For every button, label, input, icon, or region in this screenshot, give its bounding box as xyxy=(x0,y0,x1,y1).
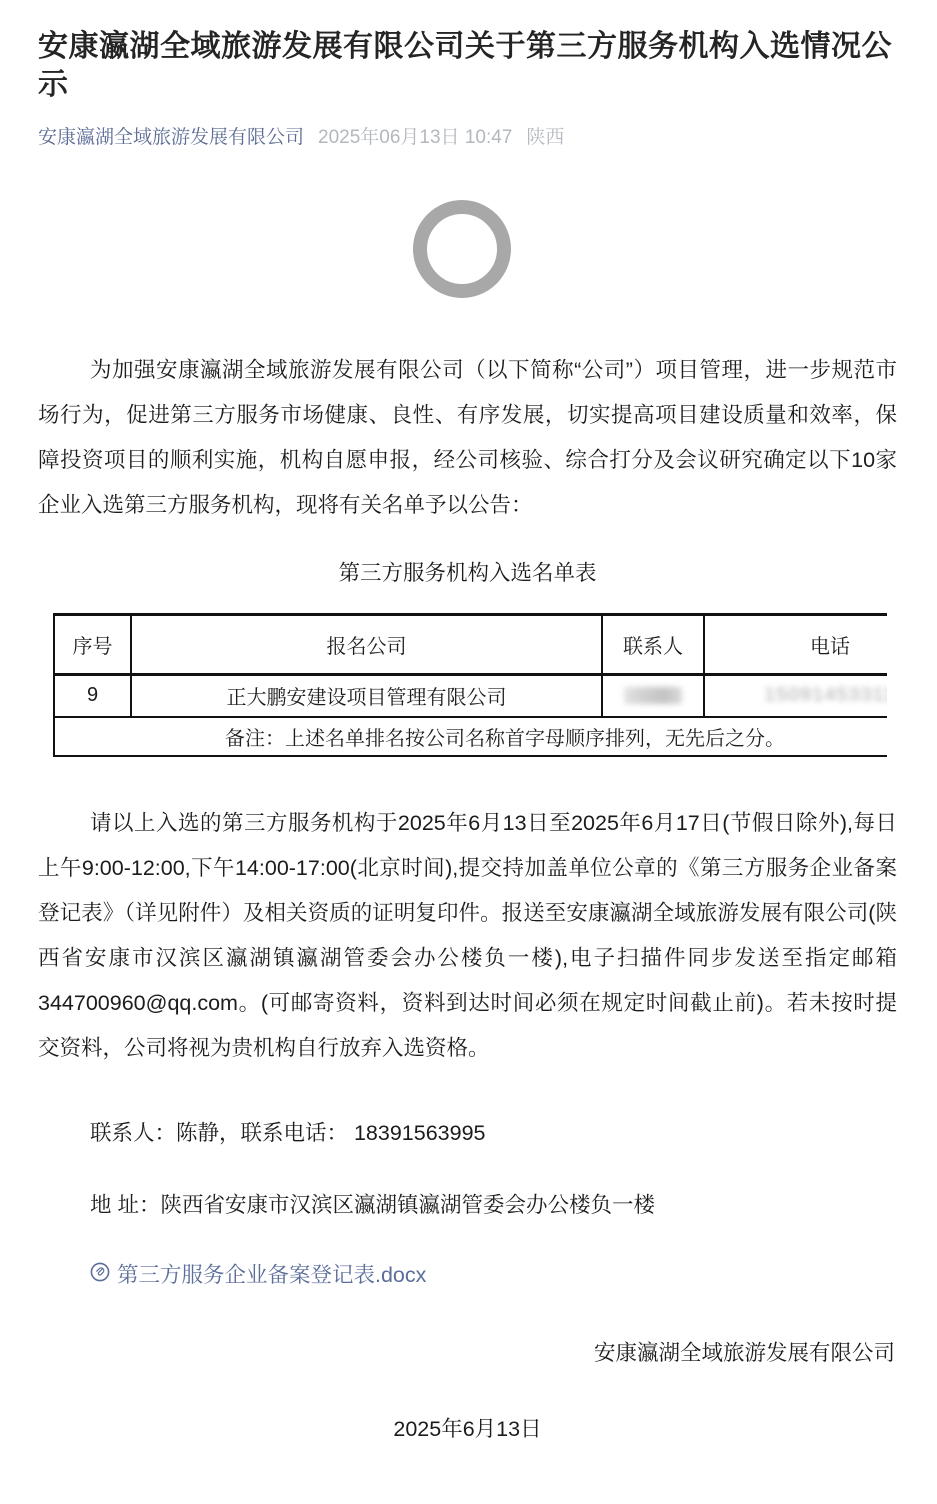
header-cell-contact: 联系人 xyxy=(602,615,704,675)
cell-company: 正大鹏安建设项目管理有限公司 xyxy=(131,675,602,717)
table-row: 9 正大鹏安建设项目管理有限公司 15091453311 xyxy=(54,675,887,717)
publish-region: 陕西 xyxy=(526,126,564,150)
table-remark-row: 备注：上述名单排名按公司名称首字母顺序排列，无先后之分。 xyxy=(54,717,887,756)
publish-datetime: 2025年06月13日 10:47 xyxy=(318,126,512,150)
attachment-row: 第三方服务企业备案登记表.docx xyxy=(38,1260,897,1290)
issue-date: 2025年6月13日 xyxy=(38,1414,897,1444)
broken-image-placeholder-circle xyxy=(413,200,511,298)
paperclip-icon xyxy=(90,1260,110,1290)
intro-paragraph: 为加强安康瀛湖全域旅游发展有限公司（以下简称“公司”）项目管理，进一步规范市场行… xyxy=(38,348,897,528)
cell-no: 9 xyxy=(54,675,131,717)
redacted-contact-blur xyxy=(624,687,682,704)
address-line: 地 址：陕西省安康市汉滨区瀛湖镇瀛湖管委会办公楼负一楼 xyxy=(38,1183,897,1228)
header-cell-company: 报名公司 xyxy=(131,615,602,675)
submission-instructions-paragraph: 请以上入选的第三方服务机构于2025年6月13日至2025年6月17日(节假日除… xyxy=(38,801,897,1071)
article-image-area xyxy=(38,200,897,304)
issuer-signature: 安康瀛湖全域旅游发展有限公司 xyxy=(38,1338,897,1368)
roster-table-wrapper: 序号 报名公司 联系人 电话 9 正大鹏安建设项目管理有限公司 15091453… xyxy=(53,613,887,757)
announcement-article: 安康瀛湖全域旅游发展有限公司关于第三方服务机构入选情况公示 安康瀛湖全域旅游发展… xyxy=(0,0,937,1504)
redacted-phone-blur: 15091453311 xyxy=(764,686,887,707)
header-cell-phone: 电话 xyxy=(704,615,887,675)
source-publisher-link[interactable]: 安康瀛湖全域旅游发展有限公司 xyxy=(38,126,304,150)
table-remark-cell: 备注：上述名单排名按公司名称首字母顺序排列，无先后之分。 xyxy=(54,717,887,756)
page-title: 安康瀛湖全域旅游发展有限公司关于第三方服务机构入选情况公示 xyxy=(38,28,897,104)
cell-contact-redacted xyxy=(602,675,704,717)
table-title: 第三方服务机构入选名单表 xyxy=(38,556,897,587)
cell-phone-redacted: 15091453311 xyxy=(704,675,887,717)
attachment-filename: 第三方服务企业备案登记表.docx xyxy=(117,1260,426,1290)
table-header-row: 序号 报名公司 联系人 电话 xyxy=(54,615,887,675)
attachment-download-link[interactable]: 第三方服务企业备案登记表.docx xyxy=(90,1260,426,1290)
article-meta: 安康瀛湖全域旅游发展有限公司 2025年06月13日 10:47 陕西 xyxy=(38,126,897,150)
roster-table: 序号 报名公司 联系人 电话 9 正大鹏安建设项目管理有限公司 15091453… xyxy=(53,613,887,757)
contact-person-line: 联系人：陈静，联系电话： 18391563995 xyxy=(38,1111,897,1156)
header-cell-no: 序号 xyxy=(54,615,131,675)
